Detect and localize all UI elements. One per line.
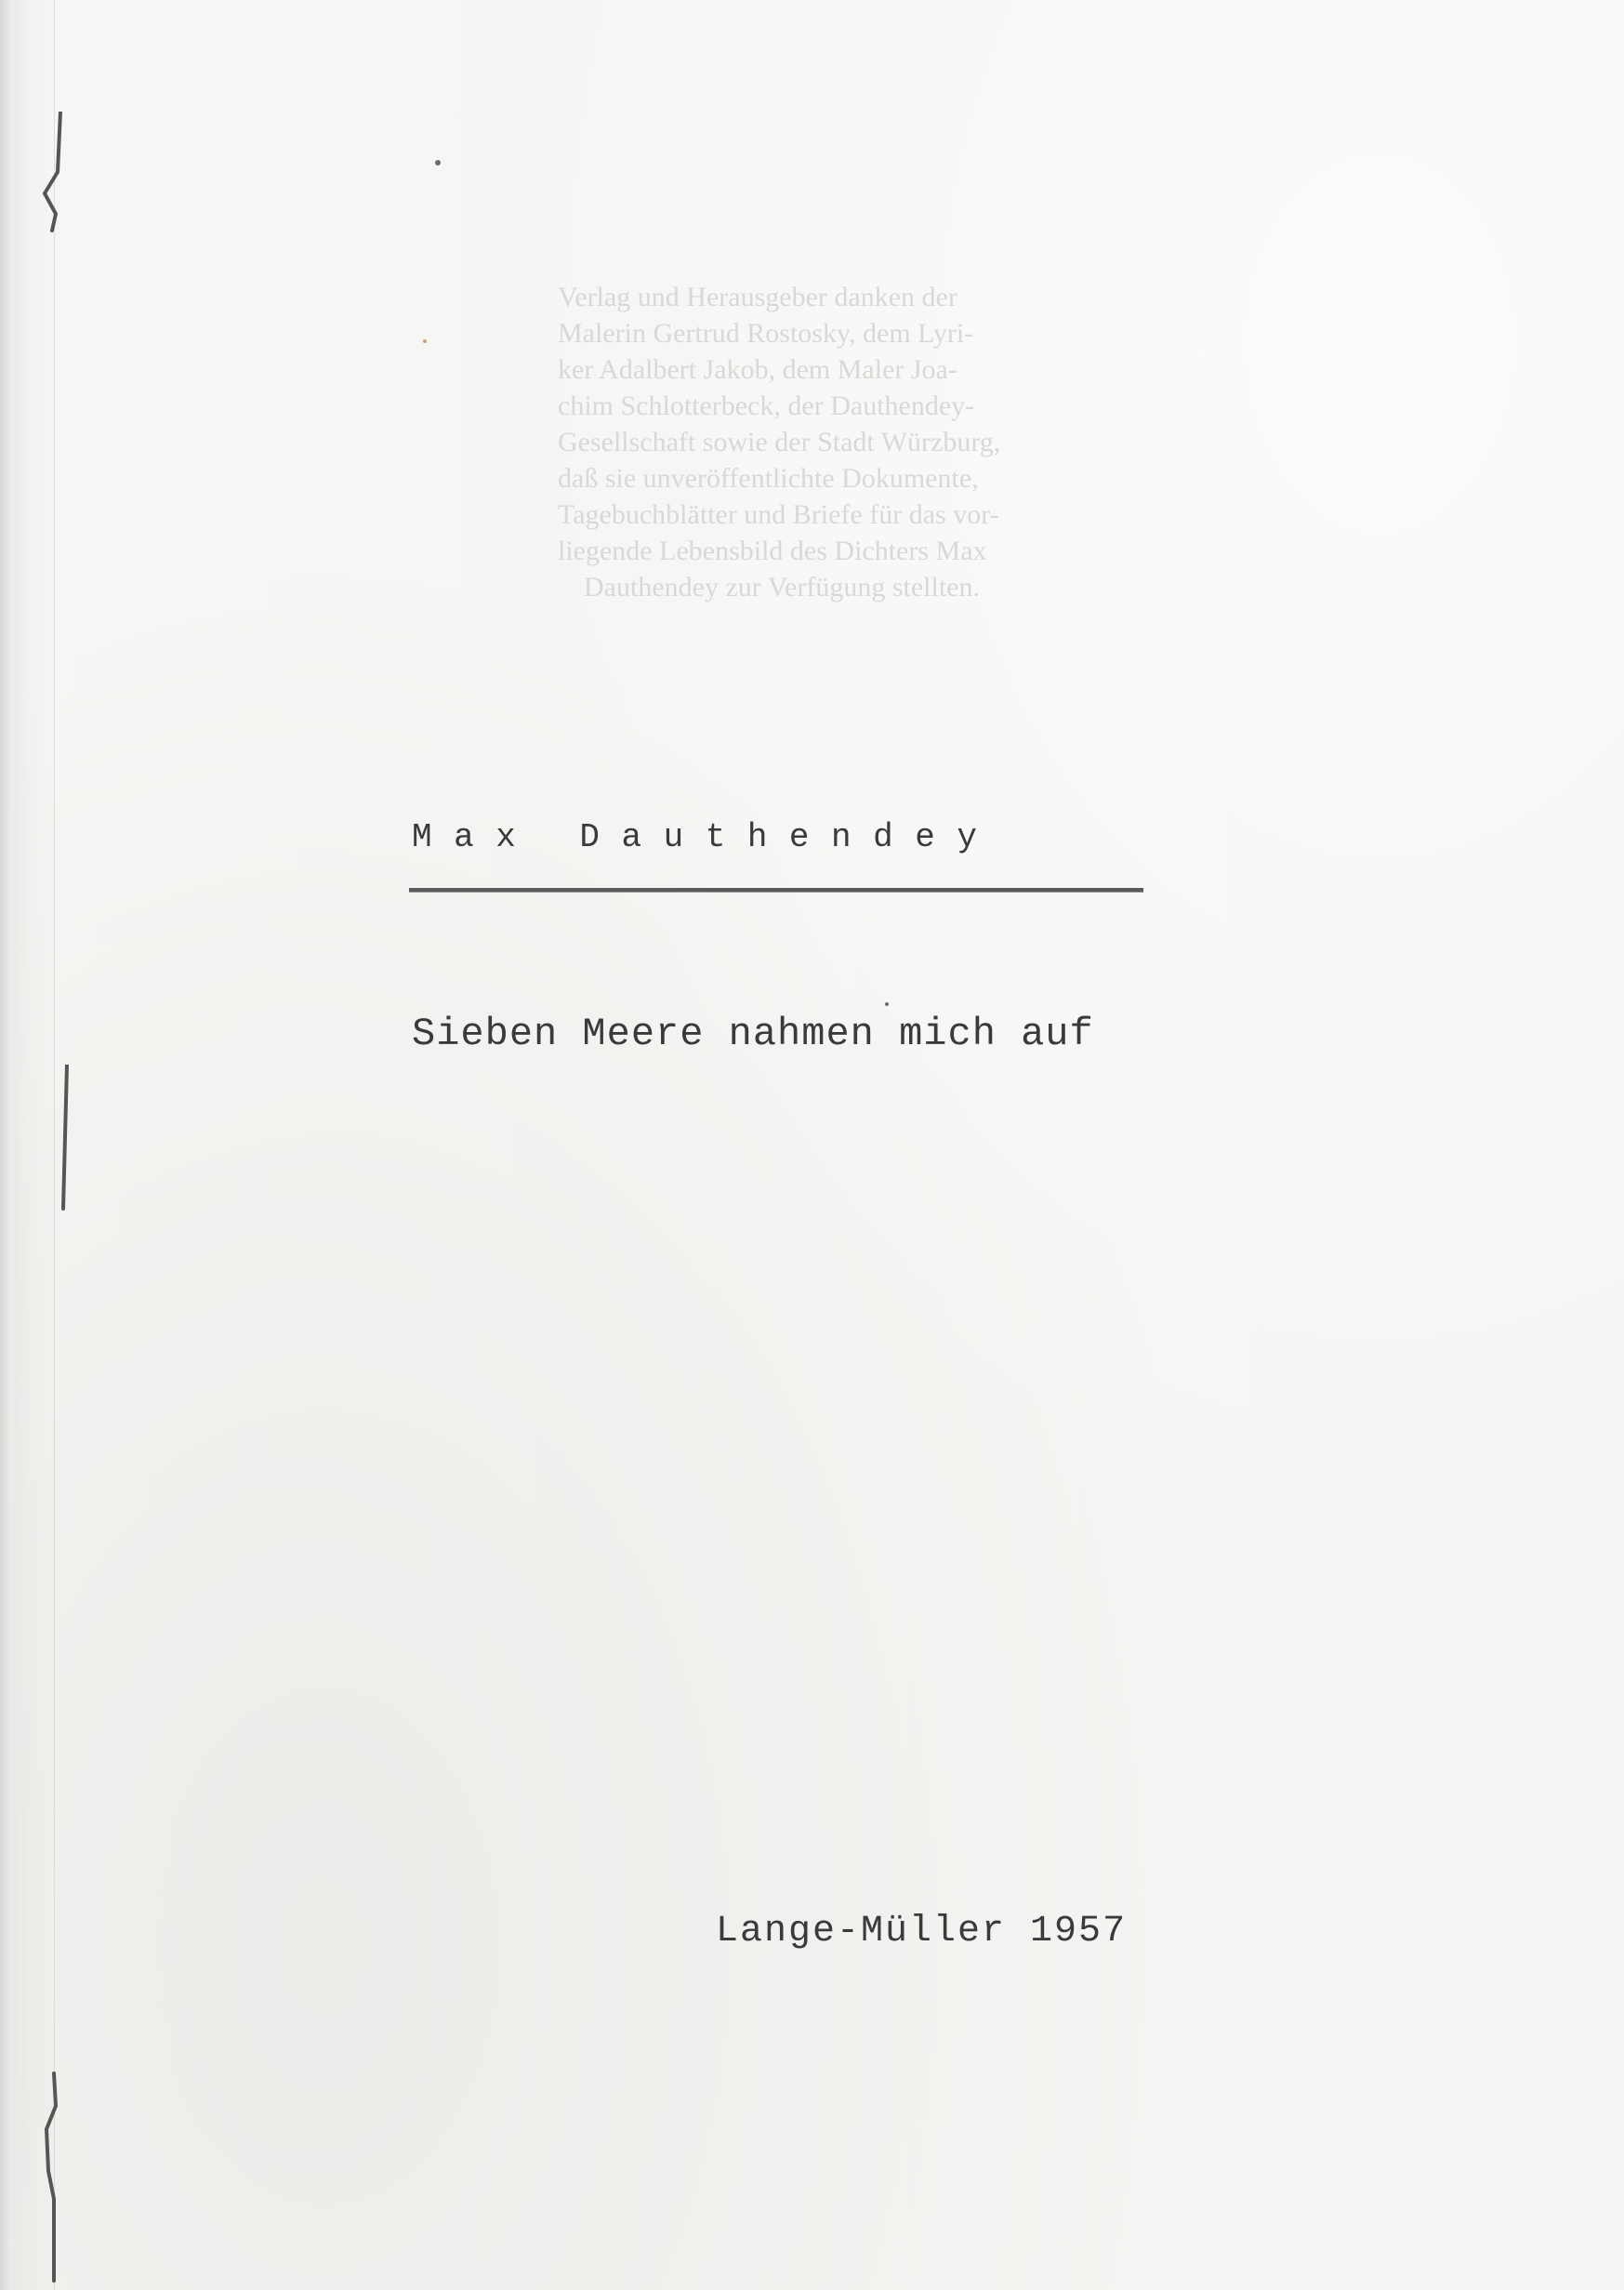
book-title: Sieben Meere nahmen mich auf bbox=[412, 1012, 1094, 1056]
speck bbox=[423, 339, 427, 343]
bleed-line: Dauthendey zur Verfügung stellten. bbox=[558, 569, 1134, 605]
bleed-line: daß sie unveröffentlichte Dokumente, bbox=[558, 460, 1134, 496]
bleed-line: ker Adalbert Jakob, dem Maler Joa- bbox=[558, 351, 1134, 388]
staple-icon bbox=[35, 2069, 73, 2283]
spine-edge bbox=[0, 0, 13, 2290]
staple-icon bbox=[37, 112, 74, 232]
bleed-line: chim Schlotterbeck, der Dauthendey- bbox=[558, 388, 1134, 424]
speck bbox=[435, 160, 441, 165]
bleed-line: Malerin Gertrud Rostosky, dem Lyri- bbox=[558, 315, 1134, 351]
bleed-line: liegende Lebensbild des Dichters Max bbox=[558, 533, 1134, 569]
bleed-line: Gesellschaft sowie der Stadt Würzburg, bbox=[558, 424, 1134, 460]
speck bbox=[885, 1002, 889, 1006]
bleed-line: Tagebuchblätter und Briefe für das vor- bbox=[558, 496, 1134, 533]
author-underline bbox=[409, 888, 1143, 893]
paper-page: Verlag und Herausgeber danken der Maleri… bbox=[0, 0, 1624, 2290]
bleed-through-text: Verlag und Herausgeber danken der Maleri… bbox=[558, 279, 1134, 605]
publisher-line: Lange-Müller 1957 bbox=[716, 1911, 1127, 1952]
bleed-line: Verlag und Herausgeber danken der bbox=[558, 279, 1134, 315]
author-name: Max Dauthendey bbox=[412, 818, 998, 856]
staple-icon bbox=[46, 1065, 84, 1213]
